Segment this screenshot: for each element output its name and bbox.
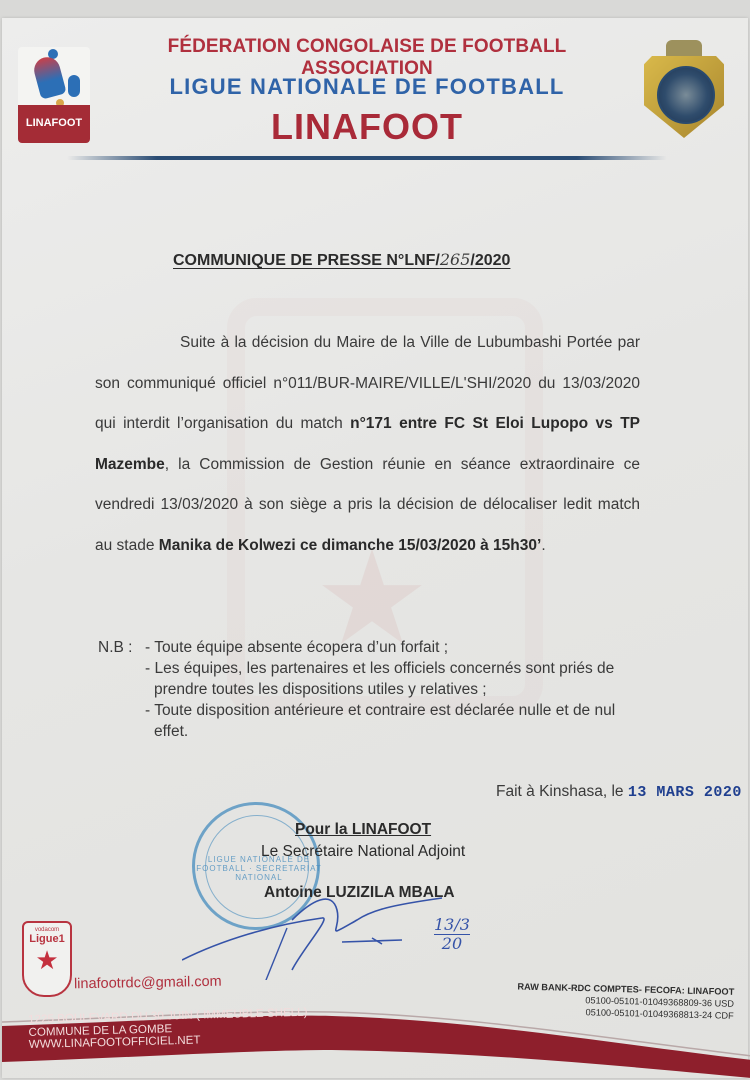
date-stamp: 13 MARS 2020 bbox=[628, 784, 742, 801]
crest-ball-icon bbox=[657, 66, 715, 124]
title-prefix: COMMUNIQUE DE PRESSE N°LNF/ bbox=[173, 252, 440, 269]
league-acronym: LINAFOOT bbox=[104, 106, 630, 148]
signatory-role: Le Secrétaire National Adjoint bbox=[261, 843, 465, 861]
nota-bene: N.B : - Toute équipe absente écopera d’u… bbox=[98, 637, 643, 742]
new-venue-time: Manika de Kolwezi ce dimanche 15/03/2020… bbox=[159, 537, 542, 554]
ligue1-text: Ligue1 bbox=[24, 933, 70, 945]
postal-address: 1225 BOULEVARD DU 30 JUIN ( IMMEUBLE SHE… bbox=[28, 1007, 308, 1052]
place-and-date: Fait à Kinshasa, le 13 MARS 2020 bbox=[496, 783, 742, 801]
linafoot-logo-text: LINAFOOT bbox=[18, 105, 90, 143]
fecofa-crest bbox=[644, 40, 724, 138]
contact-email[interactable]: linafootrdc@gmail.com bbox=[74, 974, 222, 993]
release-number: 265 bbox=[440, 250, 471, 269]
letter-page: ★ LINAFOOT FÉDERATION CONGOLAISE DE FOOT… bbox=[2, 18, 748, 1078]
release-body: Suite à la décision du Maire de la Ville… bbox=[95, 323, 640, 567]
header-divider bbox=[67, 156, 667, 160]
ligue1-logo: vodacom Ligue1 ★ bbox=[22, 921, 72, 997]
handwritten-date: 13/3 20 bbox=[434, 916, 470, 953]
signatory-org: Pour la LINAFOOT bbox=[295, 821, 431, 839]
body-paragraph: Suite à la décision du Maire de la Ville… bbox=[95, 323, 640, 567]
star-icon: ★ bbox=[24, 945, 70, 975]
child-player-icon bbox=[68, 75, 80, 97]
nb-item: - Toute disposition antérieure et contra… bbox=[145, 700, 643, 742]
press-release-title: COMMUNIQUE DE PRESSE N°LNF/265/2020 bbox=[173, 250, 510, 270]
place-text: Fait à Kinshasa, le bbox=[496, 783, 624, 800]
linafoot-logo: LINAFOOT bbox=[18, 47, 90, 143]
nb-item: - Toute équipe absente écopera d’un forf… bbox=[145, 637, 643, 658]
title-suffix: /2020 bbox=[470, 252, 510, 269]
nb-label: N.B : bbox=[98, 637, 145, 742]
nb-item: - Les équipes, les partenaires et les of… bbox=[145, 658, 643, 700]
player-body-icon bbox=[31, 54, 66, 99]
league-name: LIGUE NATIONALE DE FOOTBALL bbox=[104, 74, 630, 100]
